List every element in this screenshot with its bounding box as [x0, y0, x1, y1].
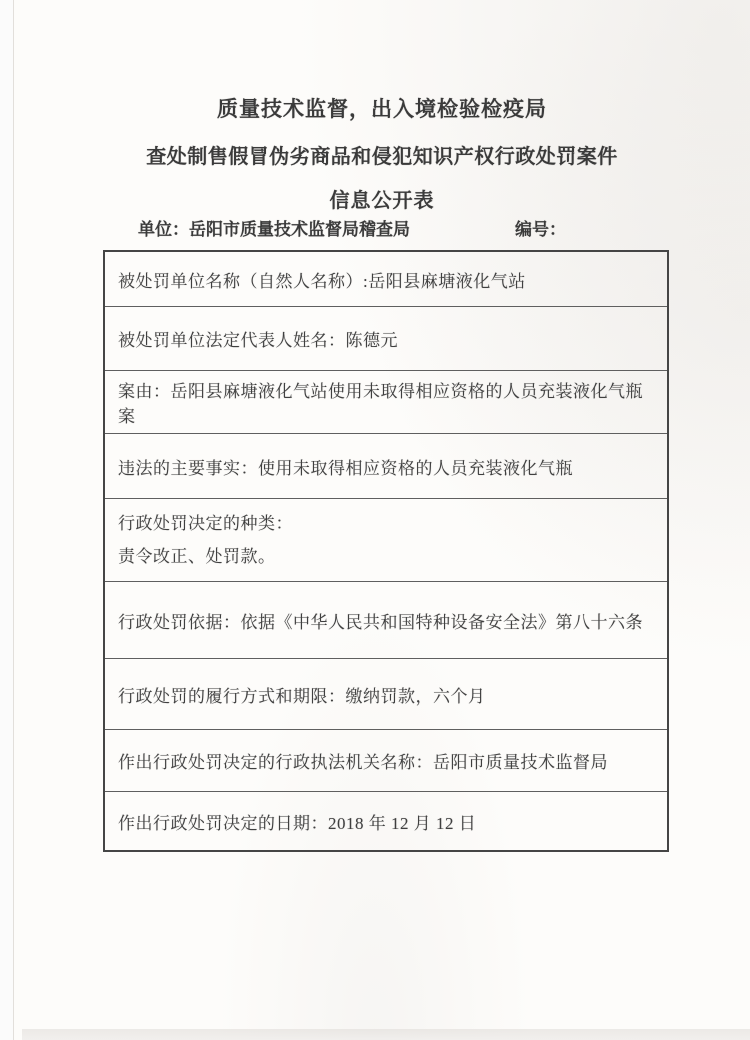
table-row-main-facts: 违法的主要事实：使用未取得相应资格的人员充装液化气瓶	[105, 434, 667, 499]
row-text-line2: 责令改正、处罚款。	[118, 540, 276, 573]
doc-title-line1: 质量技术监督，出入境检验检疫局	[14, 93, 750, 123]
row-text: 作出行政处罚决定的日期：2018 年 12 月 12 日	[118, 809, 476, 834]
row-text: 违法的主要事实：使用未取得相应资格的人员充装液化气瓶	[118, 454, 573, 479]
table-row-fulfillment-method: 行政处罚的履行方式和期限：缴纳罚款，六个月	[105, 659, 667, 730]
doc-title-line2: 查处制售假冒伪劣商品和侵犯知识产权行政处罚案件	[14, 140, 750, 169]
penalty-info-table: 被处罚单位名称（自然人名称）:岳阳县麻塘液化气站 被处罚单位法定代表人姓名：陈德…	[103, 250, 669, 852]
row-text: 行政处罚依据：依据《中华人民共和国特种设备安全法》第八十六条	[118, 608, 643, 633]
table-row-case-title: 案由：岳阳县麻塘液化气站使用未取得相应资格的人员充装液化气瓶案	[105, 371, 667, 434]
table-row-decision-date: 作出行政处罚决定的日期：2018 年 12 月 12 日	[105, 792, 667, 850]
paper-bottom-edge	[22, 1029, 750, 1040]
table-row-punished-unit-name: 被处罚单位名称（自然人名称）:岳阳县麻塘液化气站	[105, 252, 667, 307]
row-text: 被处罚单位名称（自然人名称）:岳阳县麻塘液化气站	[118, 267, 526, 292]
doc-title-line3: 信息公开表	[14, 184, 750, 213]
row-text: 案由：岳阳县麻塘液化气站使用未取得相应资格的人员充装液化气瓶案	[118, 377, 659, 427]
table-row-legal-representative: 被处罚单位法定代表人姓名：陈德元	[105, 307, 667, 371]
table-row-enforcement-agency: 作出行政处罚决定的行政执法机关名称：岳阳市质量技术监督局	[105, 730, 667, 792]
row-text: 行政处罚的履行方式和期限：缴纳罚款，六个月	[118, 682, 486, 707]
row-text-line1: 行政处罚决定的种类：	[118, 507, 293, 540]
unit-label: 单位：岳阳市质量技术监督局稽查局	[138, 215, 410, 240]
paper-left-edge	[0, 0, 14, 1040]
row-text: 被处罚单位法定代表人姓名：陈德元	[118, 326, 398, 351]
table-row-penalty-type: 行政处罚决定的种类： 责令改正、处罚款。	[105, 499, 667, 582]
table-row-penalty-basis: 行政处罚依据：依据《中华人民共和国特种设备安全法》第八十六条	[105, 582, 667, 659]
row-text: 作出行政处罚决定的行政执法机关名称：岳阳市质量技术监督局	[118, 748, 608, 773]
case-number-label: 编号：	[515, 215, 566, 240]
unit-number-row: 单位：岳阳市质量技术监督局稽查局 编号：	[0, 215, 750, 239]
scanned-document-page: 质量技术监督，出入境检验检疫局 查处制售假冒伪劣商品和侵犯知识产权行政处罚案件 …	[0, 0, 750, 1040]
